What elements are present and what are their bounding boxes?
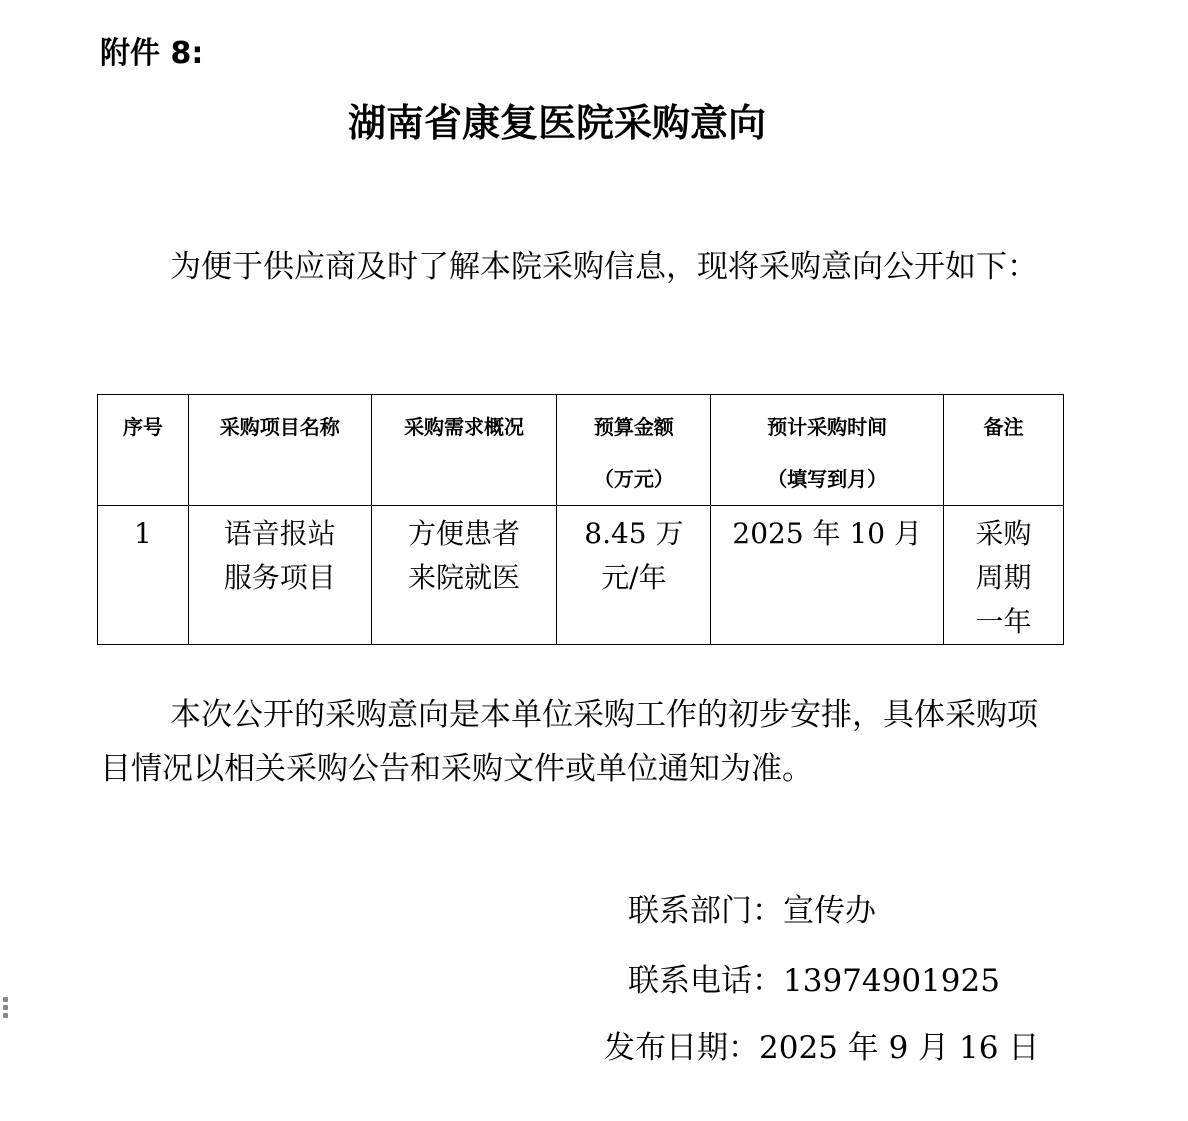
cell-remark: 采购周期一年	[944, 506, 1064, 645]
contact-department: 联系部门：宣传办	[628, 885, 876, 930]
cell-budget: 8.45 万元/年	[557, 506, 711, 645]
header-project-name: 采购项目名称	[188, 395, 371, 506]
drag-handle-dot	[3, 1013, 8, 1018]
intro-paragraph: 为便于供应商及时了解本院采购信息，现将采购意向公开如下：	[100, 240, 1040, 294]
publish-date: 发布日期：2025 年 9 月 16 日	[604, 1022, 1039, 1067]
drag-handle-dot	[3, 997, 8, 1002]
cell-project-name: 语音报站服务项目	[188, 506, 371, 645]
contact-phone: 联系电话：13974901925	[628, 955, 1000, 1000]
header-requirement: 采购需求概况	[371, 395, 557, 506]
table-header-row: 序号 采购项目名称 采购需求概况 预算金额（万元） 预计采购时间（填写到月） 备…	[98, 395, 1064, 506]
header-budget: 预算金额（万元）	[557, 395, 711, 506]
header-time: 预计采购时间（填写到月）	[711, 395, 944, 506]
page-title: 湖南省康复医院采购意向	[348, 92, 766, 147]
cell-requirement: 方便患者来院就医	[371, 506, 557, 645]
cell-time: 2025 年 10 月	[711, 506, 944, 645]
header-index: 序号	[98, 395, 189, 506]
drag-handle[interactable]	[3, 997, 9, 1021]
drag-handle-dot	[3, 1005, 8, 1010]
cell-index: 1	[98, 506, 189, 645]
procurement-table: 序号 采购项目名称 采购需求概况 预算金额（万元） 预计采购时间（填写到月） 备…	[97, 394, 1064, 645]
closing-paragraph: 本次公开的采购意向是本单位采购工作的初步安排，具体采购项目情况以相关采购公告和采…	[100, 688, 1040, 796]
attachment-label: 附件 8:	[100, 28, 203, 72]
header-remark: 备注	[944, 395, 1064, 506]
table-row: 1 语音报站服务项目 方便患者来院就医 8.45 万元/年 2025 年 10 …	[98, 506, 1064, 645]
